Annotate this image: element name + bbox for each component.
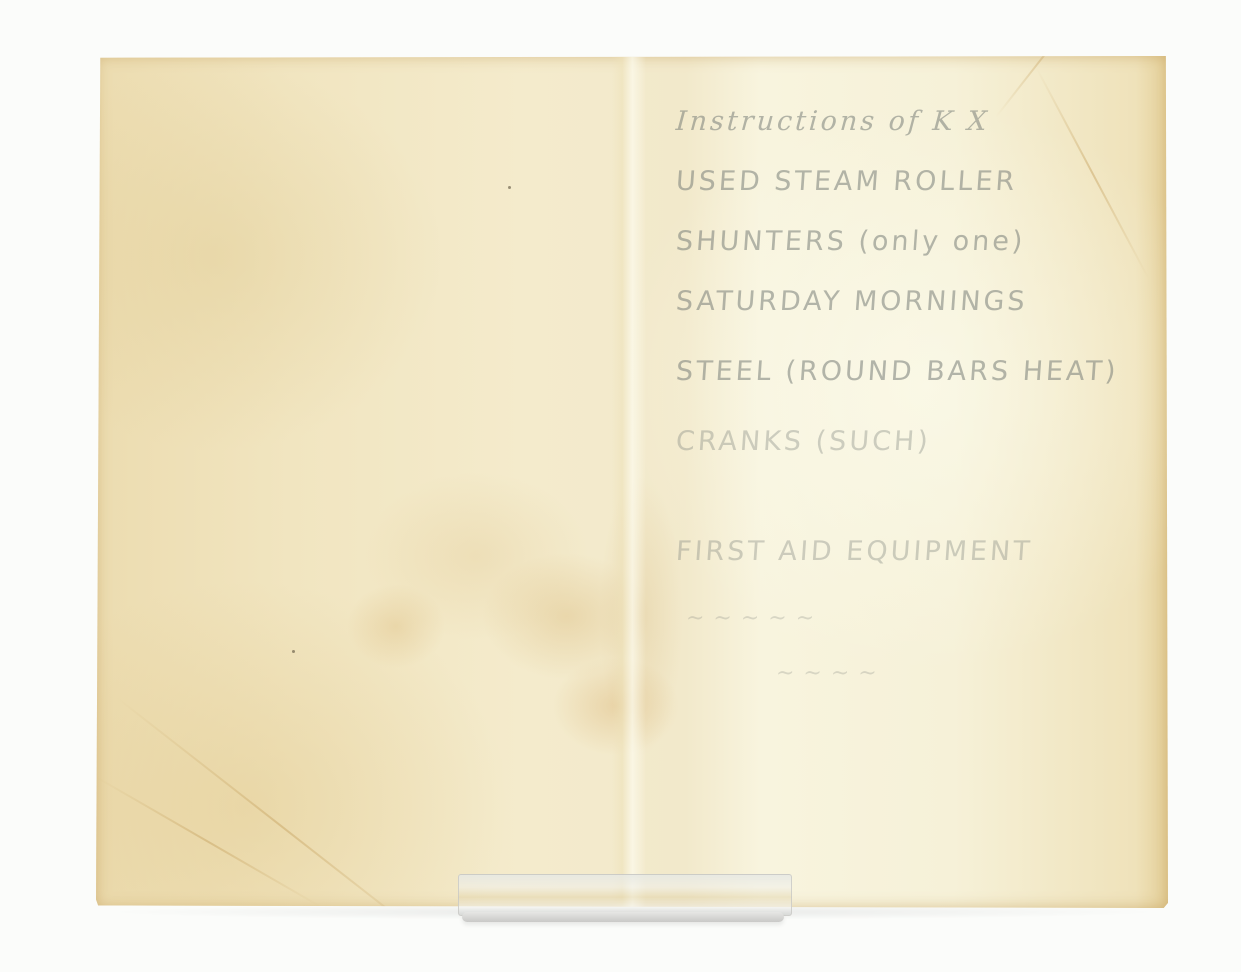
acrylic-stand-lip xyxy=(458,874,792,916)
note-line-1: Instructions of K X xyxy=(675,106,991,137)
photo-scene: Instructions of K X USED STEAM ROLLER SH… xyxy=(0,0,1241,972)
paper-crease xyxy=(96,776,322,908)
illegible-note-1: ~ ~ ~ ~ ~ xyxy=(686,606,815,631)
acrylic-stand-base xyxy=(462,912,784,922)
note-line-2: USED STEAM ROLLER xyxy=(675,166,1018,197)
note-line-4: SATURDAY MORNINGS xyxy=(675,286,1029,317)
ink-speck xyxy=(292,650,295,653)
note-line-7: FIRST AID EQUIPMENT xyxy=(675,536,1034,567)
booklet-back-cover: Instructions of K X USED STEAM ROLLER SH… xyxy=(96,56,1168,908)
note-line-6: CRANKS (SUCH) xyxy=(675,426,932,457)
note-line-3: SHUNTERS (only one) xyxy=(675,226,1027,257)
paper-crease xyxy=(1035,67,1149,280)
note-line-5: STEEL (ROUND BARS HEAT) xyxy=(675,356,1120,387)
illegible-note-2: ~ ~ ~ ~ xyxy=(776,661,878,686)
booklet-spine-fold xyxy=(612,56,646,908)
ink-speck xyxy=(508,186,511,189)
